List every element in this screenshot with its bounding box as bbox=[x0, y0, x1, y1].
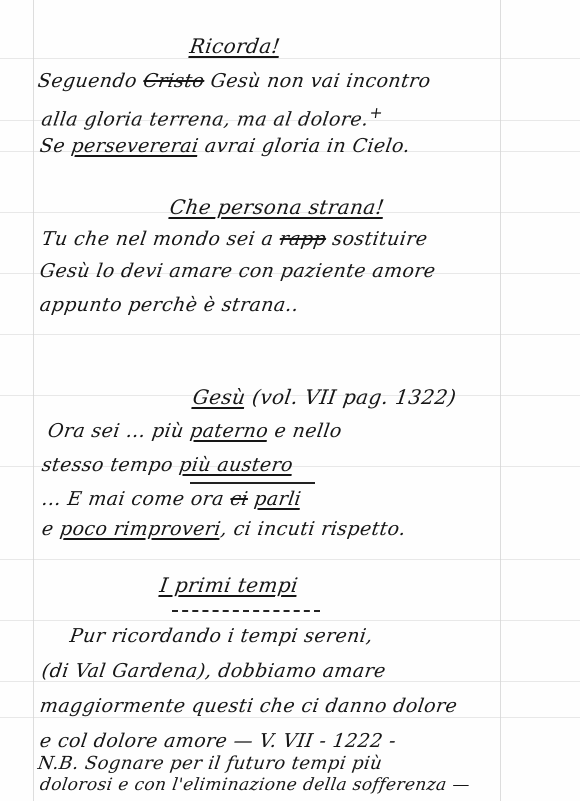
text-span: Seguendo bbox=[36, 70, 144, 92]
text-span: , ci incuti rispetto. bbox=[219, 518, 407, 540]
volume-reference: (vol. VII pag. 1322) bbox=[251, 385, 458, 409]
text-span: alla gloria terrena, ma al dolore. bbox=[40, 108, 370, 130]
text-line: Ora sei ... più paterno e nello bbox=[46, 420, 343, 442]
section-heading-gesu: Gesù (vol. VII pag. 1322) bbox=[191, 385, 458, 409]
text-line: dolorosi e con l'eliminazione della soff… bbox=[39, 775, 472, 795]
text-line: Tu che nel mondo sei a rapp sostituire bbox=[40, 228, 429, 250]
text-line: appunto perchè è strana.. bbox=[38, 294, 300, 316]
heading-text: Gesù bbox=[191, 385, 247, 409]
text-line: ... E mai come ora ci parli bbox=[40, 488, 302, 510]
underlined-word: più austero bbox=[178, 454, 295, 476]
text-span: avrai gloria in Cielo. bbox=[197, 135, 412, 157]
section-heading-primi-tempi: I primi tempi bbox=[158, 573, 299, 597]
ruled-line bbox=[0, 559, 580, 560]
underlined-word: parli bbox=[253, 488, 303, 510]
text-span: Gesù non vai incontro bbox=[203, 70, 432, 92]
text-line: Seguendo Cristo Gesù non vai incontro bbox=[36, 70, 432, 92]
text-span: stesso tempo bbox=[40, 454, 180, 476]
text-span: e col dolore amore — V. VII - 1222 - bbox=[38, 730, 397, 752]
underlined-word: poco rimproveri bbox=[59, 518, 223, 540]
heading-text: Che persona strana! bbox=[168, 195, 386, 219]
text-line: (di Val Gardena), dobbiamo amare bbox=[40, 660, 387, 682]
text-span: Se bbox=[38, 135, 73, 157]
text-span: Ora sei ... più bbox=[46, 420, 191, 442]
text-line: alla gloria terrena, ma al dolore.+ bbox=[40, 103, 384, 130]
text-line: Se persevererai avrai gloria in Cielo. bbox=[38, 135, 411, 157]
text-span: ... E mai come ora bbox=[40, 488, 231, 510]
struck-word: Cristo bbox=[142, 70, 206, 92]
text-line: e col dolore amore — V. VII - 1222 - bbox=[38, 730, 397, 752]
text-span: (di Val Gardena), dobbiamo amare bbox=[40, 660, 387, 682]
footnote-mark: + bbox=[368, 103, 384, 122]
text-line: Pur ricordando i tempi sereni, bbox=[68, 625, 374, 647]
ruled-line bbox=[0, 620, 580, 621]
struck-word: rapp bbox=[278, 228, 327, 250]
text-span: maggiormente questi che ci danno dolore bbox=[38, 695, 458, 717]
text-span: appunto perchè è strana.. bbox=[38, 294, 300, 316]
heading-text: I primi tempi bbox=[158, 573, 299, 597]
text-line: stesso tempo più austero bbox=[40, 454, 294, 476]
ruled-line bbox=[0, 334, 580, 335]
section-heading-persona-strana: Che persona strana! bbox=[168, 195, 386, 219]
text-span: Pur ricordando i tempi sereni, bbox=[68, 625, 374, 647]
heading-text: Ricorda! bbox=[188, 34, 282, 58]
ruled-line bbox=[0, 717, 580, 718]
text-line: e poco rimproveri, ci incuti rispetto. bbox=[40, 518, 407, 540]
text-span: sostituire bbox=[325, 228, 429, 250]
dashed-underline bbox=[172, 610, 320, 612]
text-span: Gesù lo devi amare con paziente amore bbox=[38, 260, 437, 282]
manuscript-page: Ricorda! Seguendo Cristo Gesù non vai in… bbox=[0, 0, 580, 801]
text-line-nota-bene: N.B. Sognare per il futuro tempi più bbox=[37, 753, 384, 774]
text-span: dolorosi e con l'eliminazione della soff… bbox=[39, 775, 472, 795]
underlined-word: persevererai bbox=[70, 135, 200, 157]
text-span: e nello bbox=[267, 420, 344, 442]
underlined-word: paterno bbox=[189, 420, 270, 442]
underline-stroke bbox=[190, 482, 315, 484]
text-span: Tu che nel mondo sei a bbox=[40, 228, 281, 250]
text-line: Gesù lo devi amare con paziente amore bbox=[38, 260, 437, 282]
text-span: N.B. Sognare per il futuro tempi più bbox=[37, 753, 384, 774]
ruled-line bbox=[0, 58, 580, 59]
text-line: maggiormente questi che ci danno dolore bbox=[38, 695, 458, 717]
section-heading-ricorda: Ricorda! bbox=[188, 34, 282, 58]
